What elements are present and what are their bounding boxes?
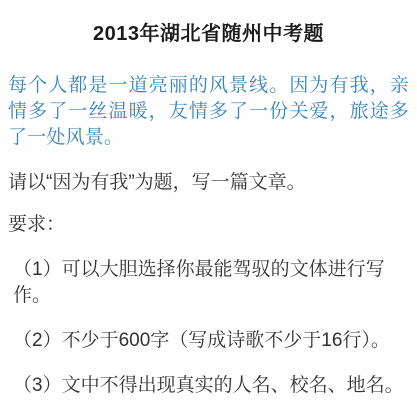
requirement-item-3: （3）文中不得出现真实的人名、校名、地名。 xyxy=(8,373,409,399)
requirement-item-2: （2）不少于600字（写成诗歌不少于16行）。 xyxy=(8,328,409,354)
exam-question-card: 2013年湖北省随州中考题 每个人都是一道亮丽的风景线。因为有我，亲情多了一丝温… xyxy=(0,0,417,403)
instruction-line: 请以“因为有我”为题，写一篇文章。 xyxy=(8,170,409,196)
requirement-item-1: （1）可以大胆选择你最能驾驭的文体进行写作。 xyxy=(8,257,409,309)
requirements-label: 要求： xyxy=(8,212,409,238)
page-title: 2013年湖北省随州中考题 xyxy=(8,22,409,46)
prompt-paragraph: 每个人都是一道亮丽的风景线。因为有我，亲情多了一丝温暖，友情多了一份关爱，旅途多… xyxy=(8,73,409,151)
